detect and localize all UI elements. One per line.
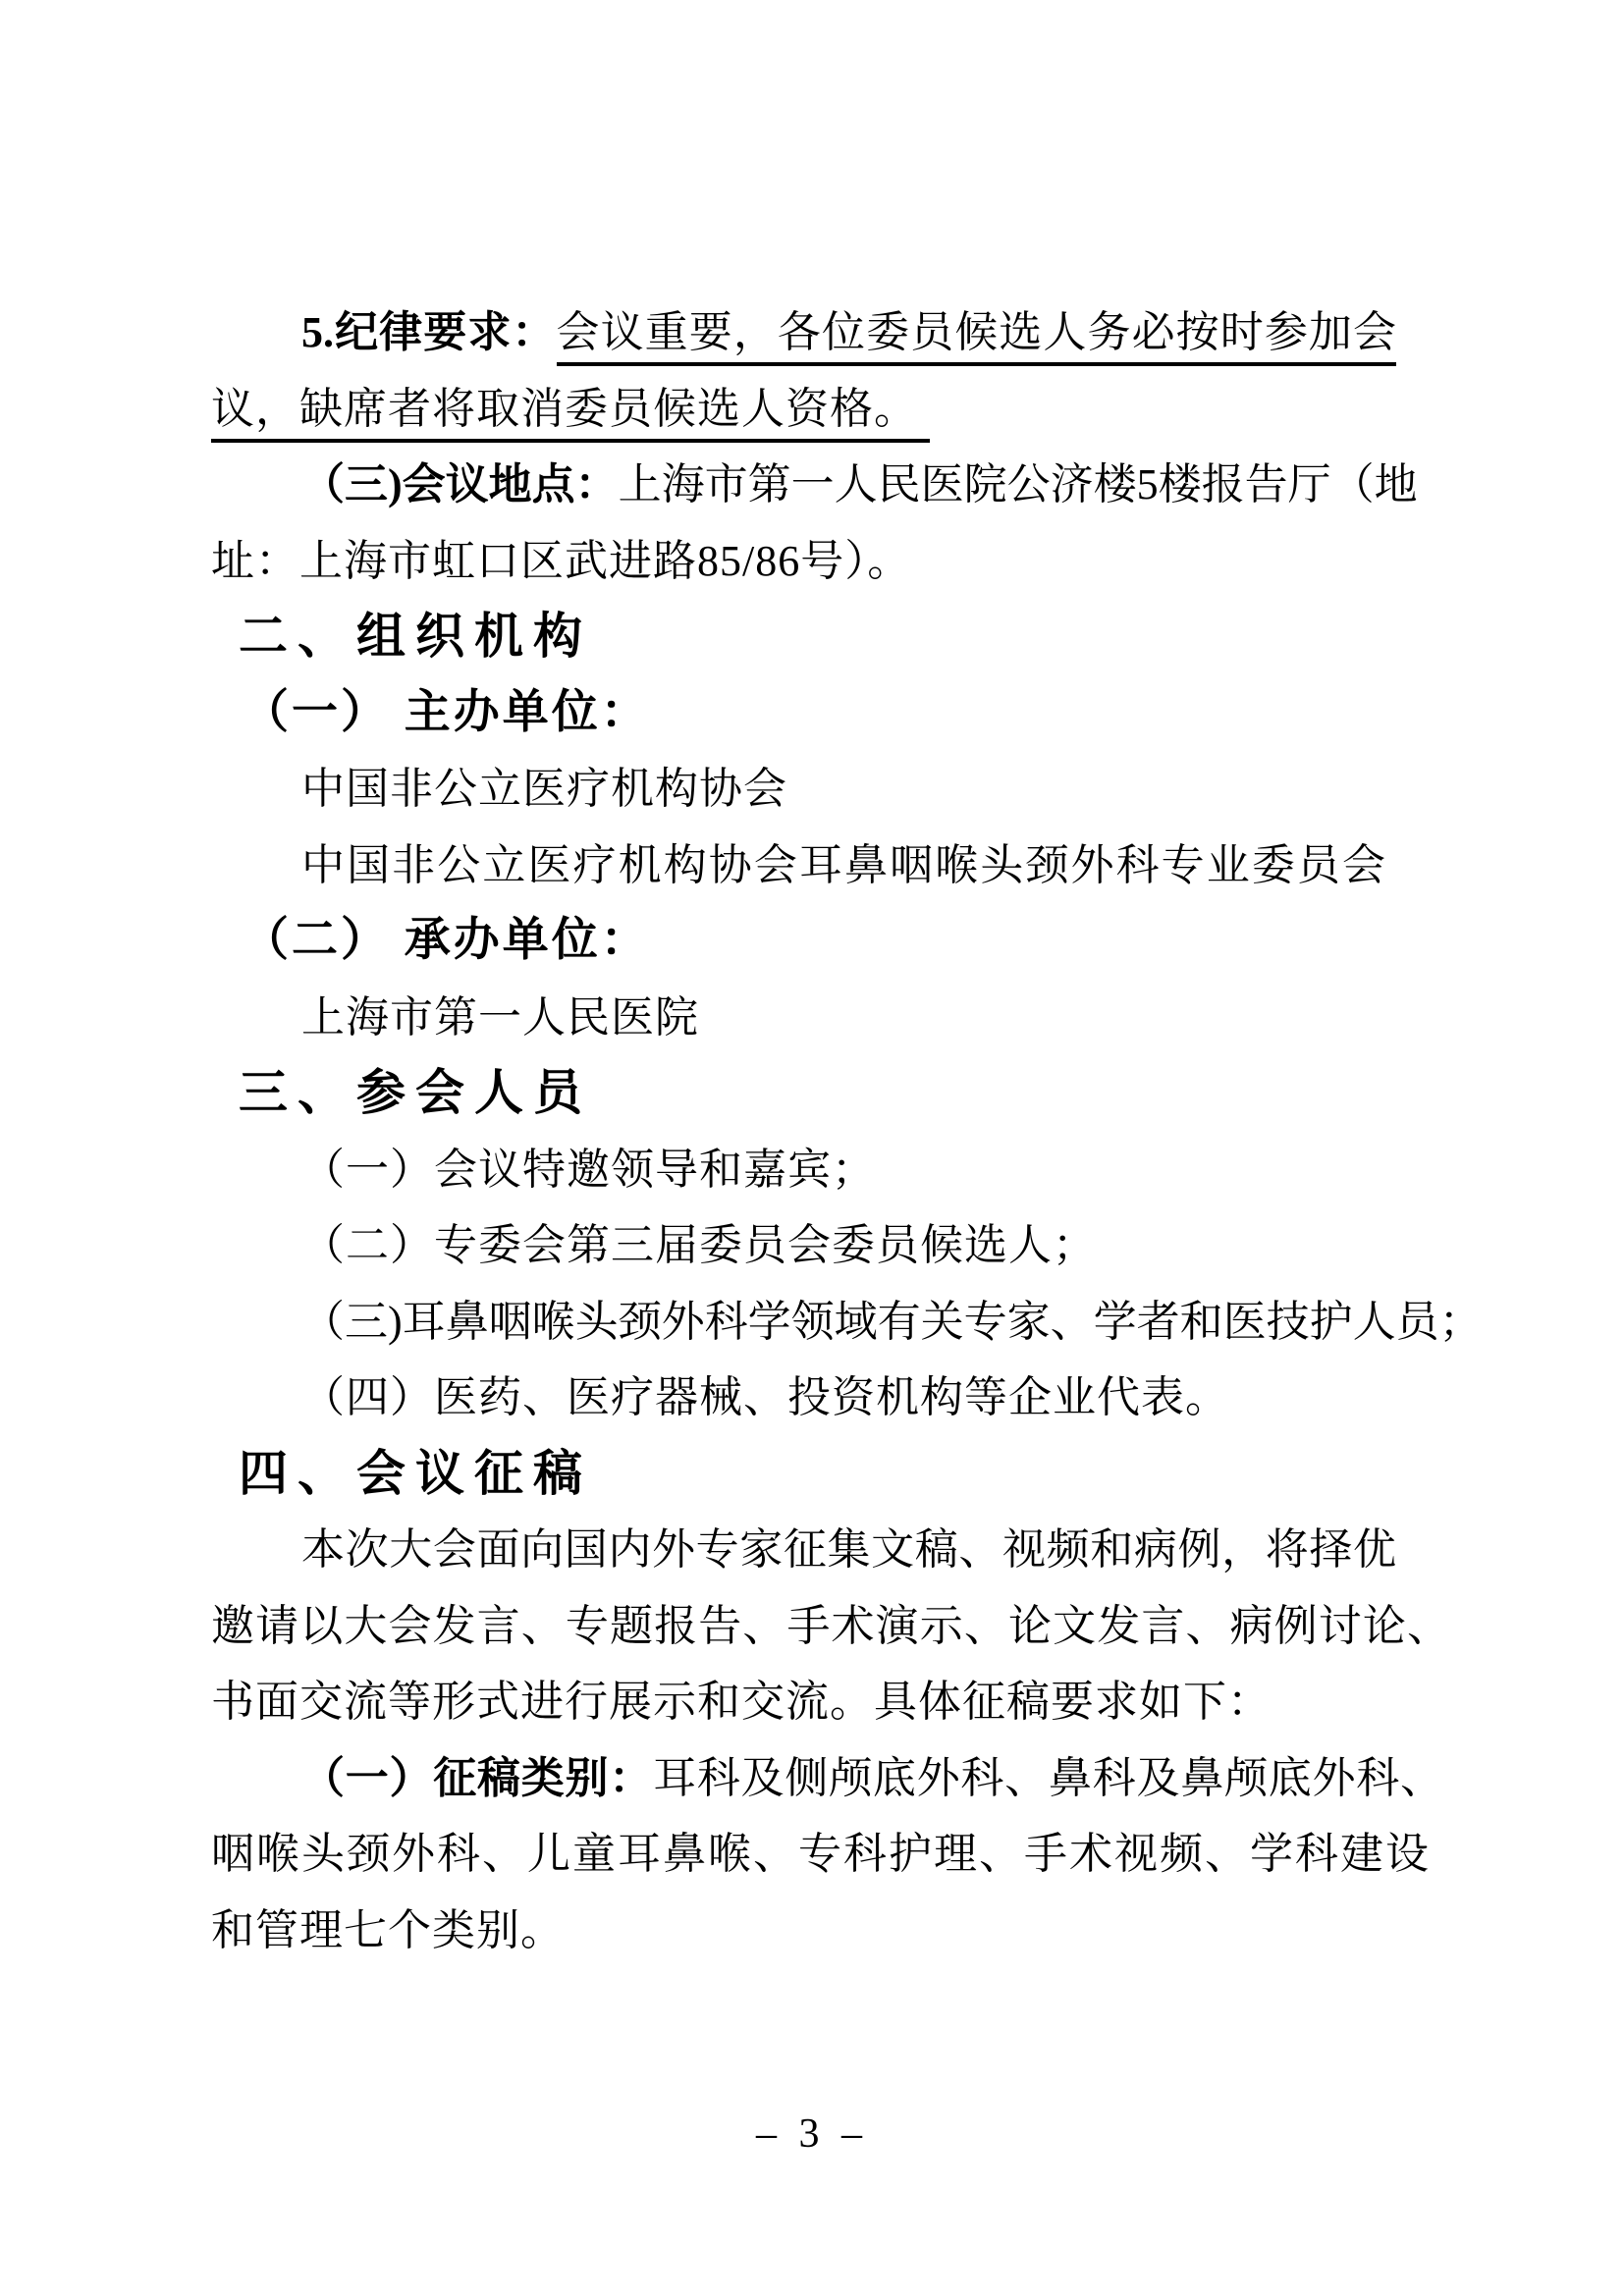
text-line: 5.纪律要求：会议重要，各位委员候选人务必按时参加会 <box>211 294 1396 371</box>
text-run: （三)耳鼻咽喉头颈外科学领域有关专家、学者和医技护人员； <box>301 1298 1483 1346</box>
text-run: 耳科及侧颅底外科、鼻科及鼻颅底外科、 <box>653 1754 1443 1802</box>
text-line: 书面交流等形式进行展示和交流。具体征稿要求如下： <box>211 1664 1399 1740</box>
text-run: 和管理七个类别。 <box>211 1906 565 1954</box>
document-page: 5.纪律要求：会议重要，各位委员候选人务必按时参加会议，缺席者将取消委员候选人资… <box>0 0 1624 2296</box>
text-run: 四、会议征稿 <box>239 1446 592 1501</box>
text-line: 三、参会人员 <box>239 1055 1399 1132</box>
underlined-run: 会议重要，各位委员候选人务必按时参加会 <box>557 308 1397 366</box>
text-run: 上海市第一人民医院公济楼5楼报告厅（地 <box>619 460 1418 508</box>
text-line: （一）会议特邀领导和嘉宾； <box>211 1132 1399 1208</box>
text-line: 上海市第一人民医院 <box>211 980 1399 1056</box>
text-line: （二） 承办单位： <box>243 903 1399 980</box>
text-run: 本次大会面向国内外专家征集文稿、视频和病例，将择优 <box>301 1525 1396 1574</box>
text-line: 二、组织机构 <box>239 599 1399 675</box>
text-line: （三)耳鼻咽喉头颈外科学领域有关专家、学者和医技护人员； <box>211 1284 1470 1361</box>
text-run: 三、参会人员 <box>239 1065 592 1120</box>
text-run: 书面交流等形式进行展示和交流。具体征稿要求如下： <box>211 1678 1272 1726</box>
text-line: 咽喉头颈外科、儿童耳鼻喉、专科护理、手术视频、学科建设 <box>211 1816 1429 1893</box>
text-line: 邀请以大会发言、专题报告、手术演示、论文发言、病例讨论、 <box>211 1588 1450 1665</box>
text-run: 上海市第一人民医院 <box>301 993 699 1041</box>
bold-run: （三)会议地点： <box>301 460 619 508</box>
text-run: （二）专委会第三届委员会委员候选人； <box>301 1221 1097 1269</box>
text-run: （一） 主办单位： <box>243 687 650 738</box>
text-run: 中国非公立医疗机构协会耳鼻咽喉头颈外科专业委员会 <box>301 841 1385 889</box>
text-run: 中国非公立医疗机构协会 <box>301 765 787 813</box>
text-run: （二） 承办单位： <box>243 915 650 966</box>
text-run: 址：上海市虹口区武进路85/86号）。 <box>211 537 911 585</box>
text-line: 中国非公立医疗机构协会耳鼻咽喉头颈外科专业委员会 <box>211 828 1385 904</box>
bold-run: （一）征稿类别： <box>301 1754 653 1802</box>
text-line: 四、会议征稿 <box>239 1436 1399 1513</box>
text-line: 议，缺席者将取消委员候选人资格。 <box>211 371 1399 448</box>
document-body: 5.纪律要求：会议重要，各位委员候选人务必按时参加会议，缺席者将取消委员候选人资… <box>211 294 1399 1968</box>
text-line: 中国非公立医疗机构协会 <box>211 751 1399 828</box>
text-line: 址：上海市虹口区武进路85/86号）。 <box>211 523 1399 600</box>
text-run: 二、组织机构 <box>239 609 592 664</box>
underlined-run: 议，缺席者将取消委员候选人资格。 <box>211 385 930 443</box>
page-number: – 3 – <box>0 2110 1624 2158</box>
text-line: （一）征稿类别：耳科及侧颅底外科、鼻科及鼻颅底外科、 <box>211 1740 1443 1817</box>
text-line: 和管理七个类别。 <box>211 1893 1399 1969</box>
text-line: 本次大会面向国内外专家征集文稿、视频和病例，将择优 <box>211 1512 1396 1588</box>
text-line: （二）专委会第三届委员会委员候选人； <box>211 1207 1399 1284</box>
text-run: （一）会议特邀领导和嘉宾； <box>301 1146 876 1194</box>
text-line: （三)会议地点：上海市第一人民医院公济楼5楼报告厅（地 <box>211 447 1396 523</box>
bold-run: 5.纪律要求： <box>301 308 557 356</box>
text-line: （一） 主办单位： <box>243 675 1399 752</box>
text-run: （四）医药、医疗器械、投资机构等企业代表。 <box>301 1373 1229 1421</box>
text-line: （四）医药、医疗器械、投资机构等企业代表。 <box>211 1360 1399 1436</box>
text-run: 咽喉头颈外科、儿童耳鼻喉、专科护理、手术视频、学科建设 <box>211 1830 1429 1878</box>
text-run: 邀请以大会发言、专题报告、手术演示、论文发言、病例讨论、 <box>211 1602 1450 1650</box>
